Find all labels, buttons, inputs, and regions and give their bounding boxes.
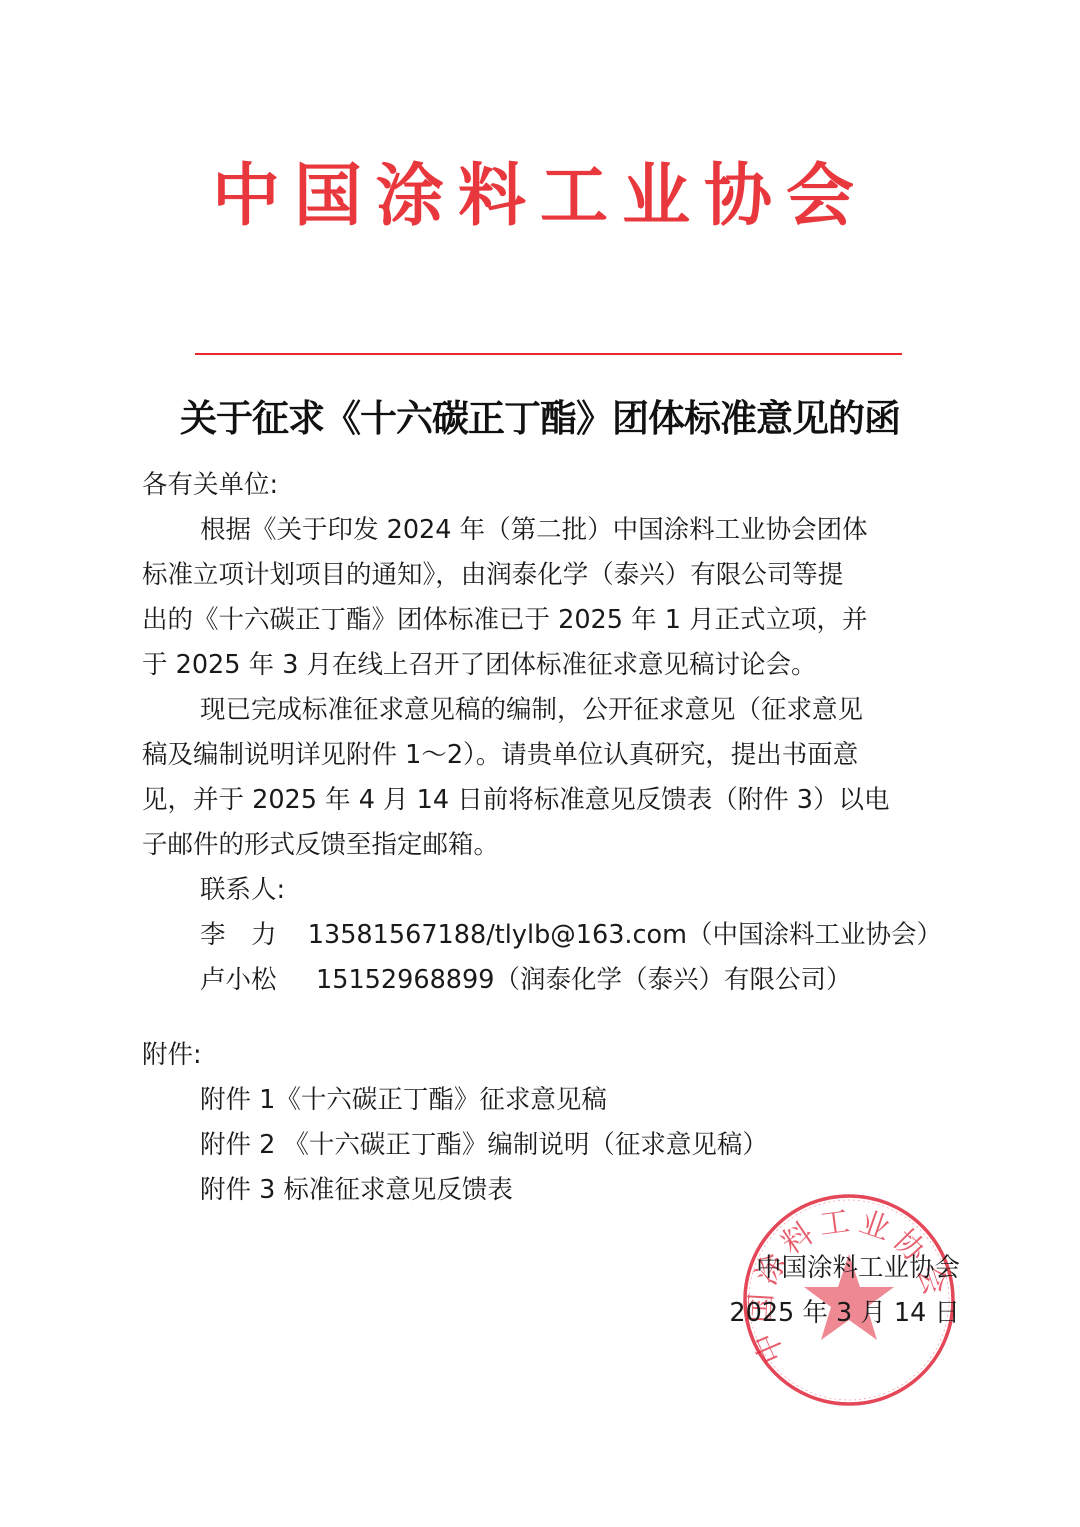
document-title: 关于征求《十六碳正丁酯》团体标准意见的函 (0, 388, 1080, 448)
contact-name: 卢小松 (200, 962, 316, 998)
paragraph1-line: 出的《十六碳正丁酯》团体标准已于 2025 年 1 月正式立项，并 (142, 597, 942, 642)
letterhead-org-name: 中国涂料工业协会 (0, 150, 1080, 242)
attachments-label: 附件: (142, 1032, 942, 1077)
contact-detail: 13581567188/tlylb@163.com（中国涂料工业协会） (308, 917, 942, 953)
attachments-section: 附件: 附件 1《十六碳正丁酯》征求意见稿 附件 2 《十六碳正丁酯》编制说明（… (142, 1032, 942, 1212)
contact-detail: 15152968899（润泰化学（泰兴）有限公司） (316, 962, 851, 998)
paragraph1-line: 标准立项计划项目的通知》，由润泰化学（泰兴）有限公司等提 (142, 552, 942, 597)
signature-date: 2025 年 3 月 14 日 (700, 1290, 960, 1335)
contact-row: 卢小松 15152968899（润泰化学（泰兴）有限公司） (142, 957, 942, 1002)
paragraph2-line: 现已完成标准征求意见稿的编制，公开征求意见（征求意见 (142, 687, 942, 732)
attachment-item: 附件 1《十六碳正丁酯》征求意见稿 (142, 1077, 942, 1122)
contact-name: 李 力 (200, 917, 308, 953)
paragraph1-line: 于 2025 年 3 月在线上召开了团体标准征求意见稿讨论会。 (142, 642, 942, 687)
salutation: 各有关单位: (142, 462, 942, 507)
signature-org: 中国涂料工业协会 (700, 1245, 960, 1290)
letterhead-divider (195, 353, 902, 355)
paragraph2-line: 子邮件的形式反馈至指定邮箱。 (142, 822, 942, 867)
contacts-label: 联系人: (142, 867, 942, 912)
attachment-item: 附件 3 标准征求意见反馈表 (142, 1167, 942, 1212)
paragraph2-line: 见，并于 2025 年 4 月 14 日前将标准意见反馈表（附件 3）以电 (142, 777, 942, 822)
letter-body: 各有关单位: 根据《关于印发 2024 年（第二批）中国涂料工业协会团体 标准立… (142, 462, 942, 1002)
attachment-item: 附件 2 《十六碳正丁酯》编制说明（征求意见稿） (142, 1122, 942, 1167)
paragraph1-line: 根据《关于印发 2024 年（第二批）中国涂料工业协会团体 (142, 507, 942, 552)
contact-row: 李 力 13581567188/tlylb@163.com（中国涂料工业协会） (142, 912, 942, 957)
signature-block: 中国涂料工业协会 2025 年 3 月 14 日 (700, 1245, 960, 1335)
paragraph2-line: 稿及编制说明详见附件 1～2）。请贵单位认真研究，提出书面意 (142, 732, 942, 777)
